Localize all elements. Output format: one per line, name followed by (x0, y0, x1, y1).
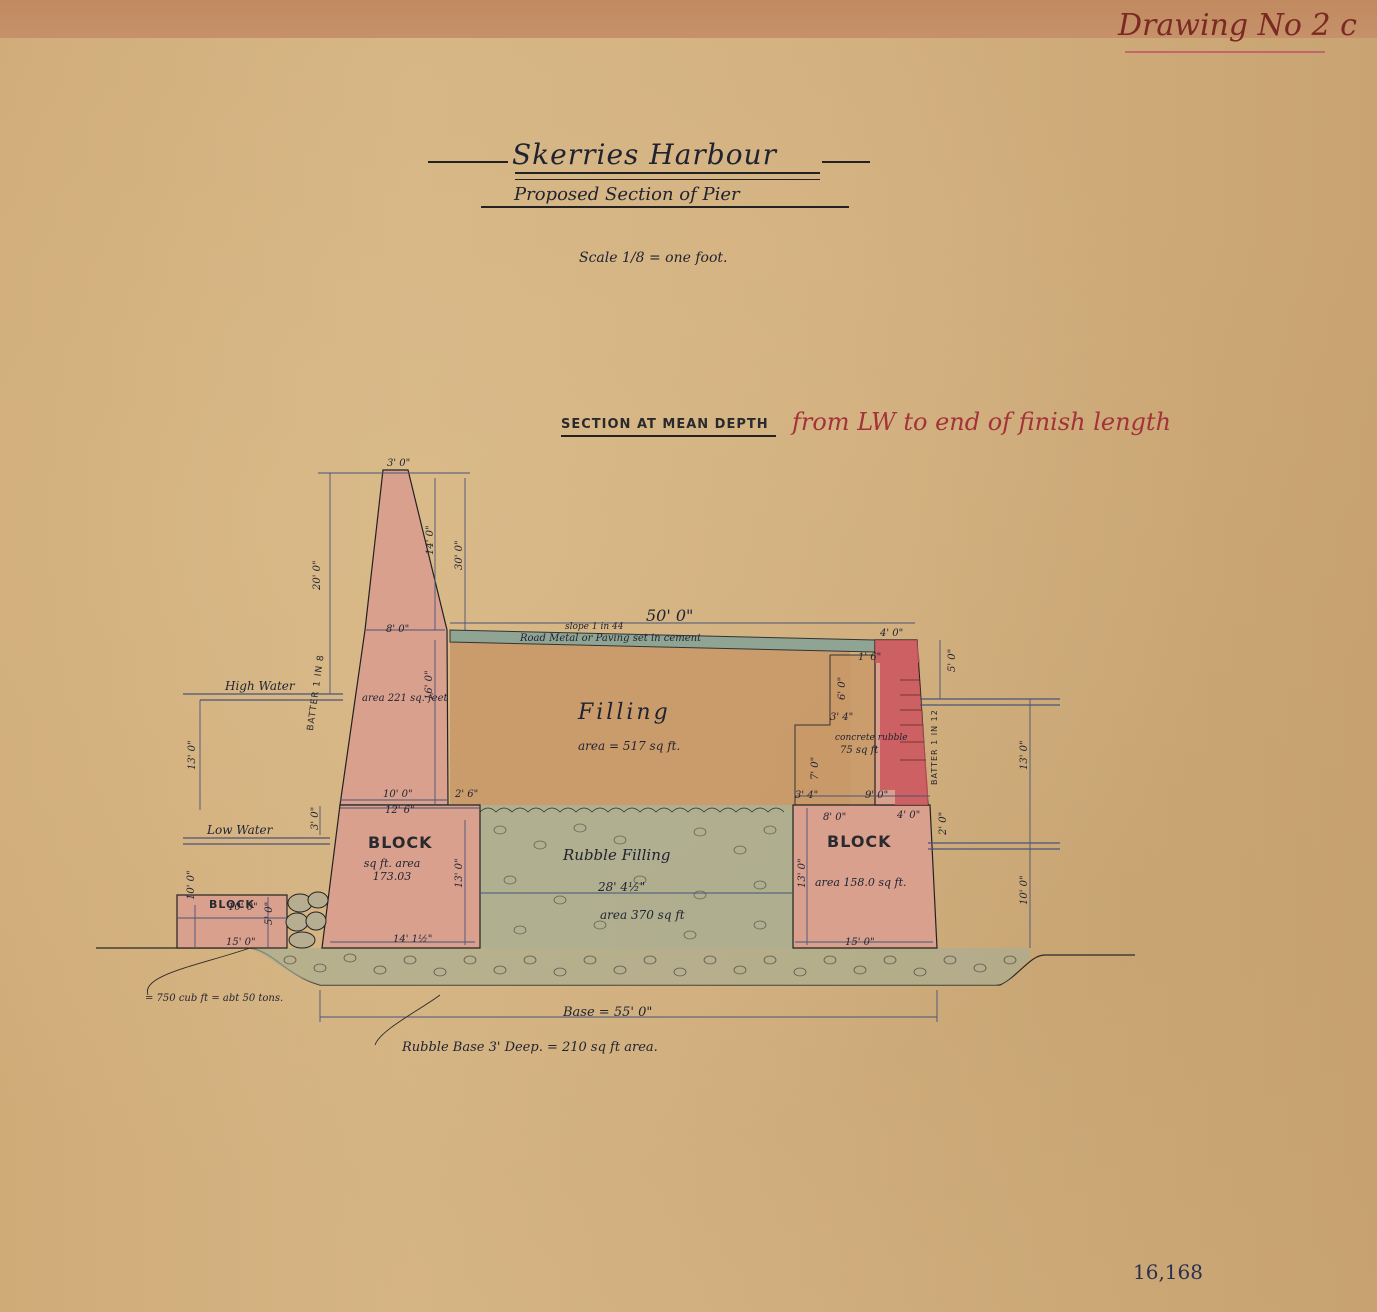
svg-text:13' 0": 13' 0" (454, 858, 465, 888)
svg-text:3' 4": 3' 4" (795, 790, 818, 801)
label-block-right-area: area 158.0 sq ft. (815, 876, 907, 889)
svg-text:2' 0": 2' 0" (938, 812, 949, 836)
svg-text:10' 0": 10' 0" (383, 789, 413, 800)
svg-text:8' 0": 8' 0" (386, 624, 409, 635)
svg-text:15' 0": 15' 0" (845, 937, 875, 948)
label-rubble-width: 28' 4½" (598, 880, 645, 894)
label-block-small: BLOCK (209, 898, 255, 911)
svg-text:7' 0": 7' 0" (810, 757, 821, 780)
label-parapet-area: area 221 sq. feet (362, 693, 448, 704)
svg-text:3' 0": 3' 0" (310, 807, 321, 830)
label-filling-area: area = 517 sq ft. (578, 739, 680, 753)
label-block-left-area: sq ft. area 173.03 (352, 857, 432, 883)
label-rubble-base: Rubble Base 3' Deep. = 210 sq ft area. (402, 1040, 658, 1055)
label-concrete-rubble: concrete rubble (835, 733, 908, 743)
dim-parapet-top: 3' 0" (387, 458, 410, 469)
svg-text:13' 0": 13' 0" (797, 858, 808, 888)
label-road: Road Metal or Paving set in cement (520, 633, 701, 644)
svg-text:4' 0": 4' 0" (896, 810, 920, 821)
catalog-number: 16,168 (1133, 1260, 1203, 1284)
svg-text:3' 4": 3' 4" (830, 712, 853, 723)
svg-text:12' 6": 12' 6" (385, 805, 415, 816)
dim-parapet-height: 20' 0" (312, 560, 323, 591)
label-base: Base = 55' 0" (563, 1005, 652, 1020)
label-block-right: BLOCK (827, 832, 892, 851)
dim-top-width: 50' 0" (646, 606, 693, 625)
pier-section-drawing: 3' 0" 20' 0" 14' 0" 30' 0" 8' 0" 16' 0" … (0, 0, 1377, 1312)
svg-text:5' 0": 5' 0" (947, 649, 958, 672)
svg-text:13' 0": 13' 0" (187, 740, 198, 770)
svg-text:30' 0": 30' 0" (454, 540, 465, 570)
svg-text:4' 0": 4' 0" (879, 628, 903, 639)
label-filling: Filling (578, 700, 671, 725)
svg-text:1' 6": 1' 6" (858, 652, 881, 663)
svg-text:6' 0": 6' 0" (837, 677, 848, 700)
svg-text:10' 0": 10' 0" (1019, 875, 1030, 905)
label-rubble-filling: Rubble Filling (563, 846, 670, 864)
svg-text:14' 0": 14' 0" (425, 525, 436, 555)
svg-text:13' 0": 13' 0" (1019, 740, 1030, 770)
label-low-water: Low Water (207, 823, 272, 837)
label-batter-right: BATTER 1 IN 12 (930, 709, 939, 785)
svg-text:8' 0": 8' 0" (823, 812, 846, 823)
rubble-base (250, 948, 1030, 985)
label-rubble-area: area 370 sq ft (600, 908, 685, 922)
label-concrete-rubble-area: 75 sq ft (840, 745, 878, 756)
svg-text:14' 1½": 14' 1½" (393, 934, 432, 945)
label-block-left: BLOCK (368, 833, 433, 852)
svg-text:15' 0": 15' 0" (226, 937, 256, 948)
label-slope: slope 1 in 44 (565, 622, 623, 632)
svg-text:2' 6": 2' 6" (454, 789, 478, 800)
svg-text:5' 0": 5' 0" (264, 902, 275, 925)
svg-text:10' 0": 10' 0" (186, 870, 197, 900)
label-small-block-note: = 750 cub ft = abt 50 tons. (145, 993, 283, 1004)
parapet-wall-left (340, 470, 448, 805)
svg-text:9' 0": 9' 0" (865, 790, 888, 801)
label-high-water: High Water (225, 679, 295, 693)
